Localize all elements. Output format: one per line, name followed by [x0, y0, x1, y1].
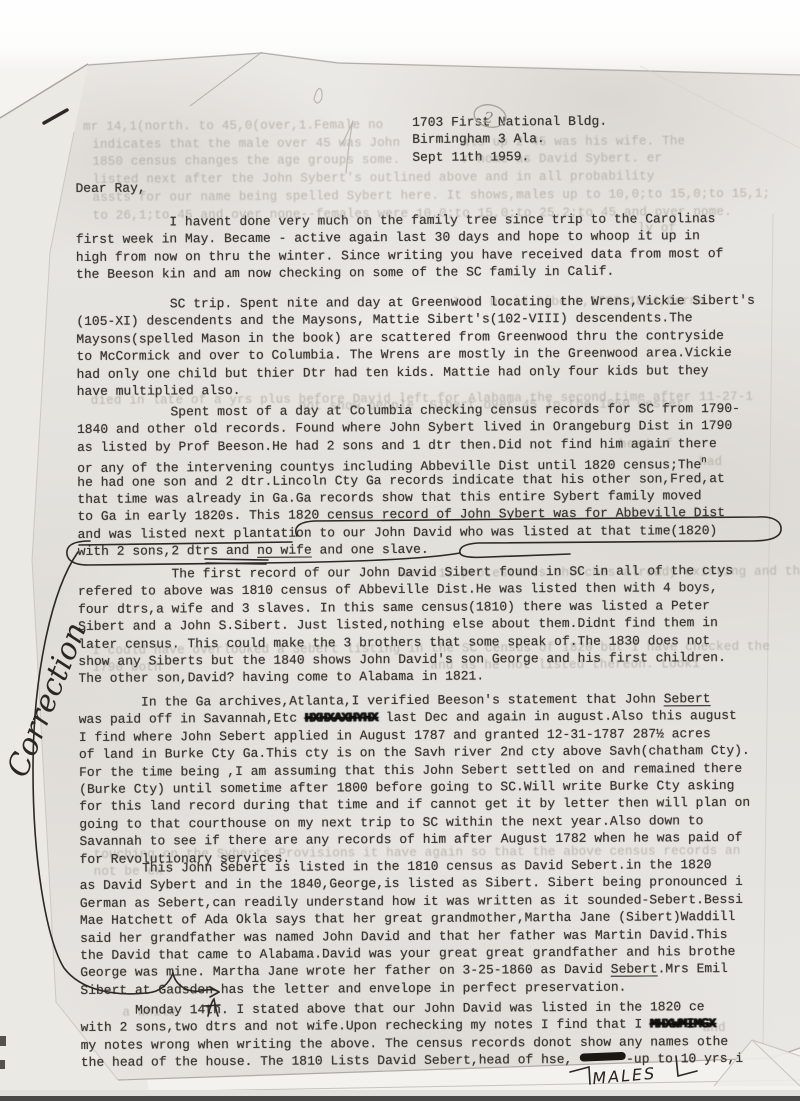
- paragraph-sc-trip: SC trip. Spent nite and day at Greenwood…: [76, 292, 777, 401]
- paragraph-ga-archives: In the Ga archives,Atlanta,I verified Be…: [79, 690, 780, 868]
- typed-line: the Beeson kin and am now checking on so…: [76, 262, 776, 284]
- typed-line: Sibert at Gadsden has the letter and env…: [80, 977, 780, 999]
- paragraph-john-sebert-census: This John Sebert is listed in the 1810 c…: [80, 856, 781, 999]
- scanned-letter-page: mr 14,1(north. to 45,0(over,1.Female noi…: [0, 0, 800, 1101]
- scan-edge-strip: [0, 1096, 800, 1101]
- paragraph-first-record: The first record of our John David Siber…: [78, 562, 779, 688]
- typed-line: The other son,David? having come to Alab…: [78, 666, 778, 688]
- typed-line: 1703 First National Bldg.: [412, 110, 800, 132]
- typed-line: Birmingham 3 Ala.: [412, 127, 800, 149]
- paragraph-columbia-census: Spent most of a day at Columbia checking…: [77, 400, 778, 561]
- paragraph-intro: I havent done very much on the family tr…: [76, 210, 776, 284]
- typed-line: with 2 sons,2 dtrs and no wife and one s…: [78, 539, 778, 561]
- letter-heading: 1703 First National Bldg.Birmingham 3 Al…: [412, 110, 800, 166]
- paragraph-monday-correction: Monday 14th. I stated above that our Joh…: [80, 998, 780, 1072]
- bleedthrough-text: mr 14,1(north. to 45,0(over,1.Female no: [83, 117, 383, 135]
- typed-line: Sept 11th 1959.: [412, 144, 800, 166]
- typed-line: the head of the house. The 1810 Lists Da…: [81, 1050, 781, 1072]
- page-content: mr 14,1(north. to 45,0(over,1.Female noi…: [0, 0, 800, 1101]
